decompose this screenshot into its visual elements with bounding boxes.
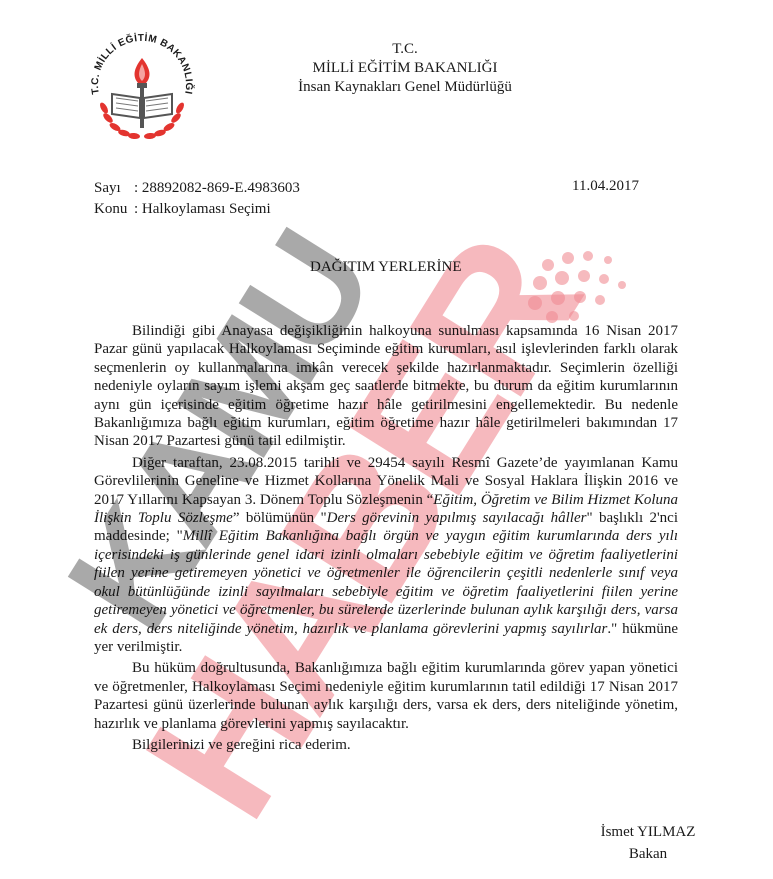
ministry-logo: T.C. MİLLİ EĞİTİM BAKANLIĞI	[82, 28, 202, 148]
signatory-title: Bakan	[588, 843, 708, 865]
paragraph-1: Bilindiği gibi Anayasa değişikliğinin ha…	[94, 322, 678, 451]
header-ministry: MİLLİ EĞİTİM BAKANLIĞI	[260, 59, 550, 78]
reference-number-label: Sayı	[94, 178, 134, 199]
ministry-emblem-icon: T.C. MİLLİ EĞİTİM BAKANLIĞI	[82, 28, 202, 148]
document-date: 11.04.2017	[572, 178, 639, 195]
document-body: Bilindiği gibi Anayasa değişikliğinin ha…	[94, 322, 678, 757]
reference-block: Sayı: 28892082-869-E.4983603 Konu: Halko…	[94, 178, 300, 220]
document-header: T.C. MİLLİ EĞİTİM BAKANLIĞI İnsan Kaynak…	[260, 40, 550, 97]
header-directorate: İnsan Kaynakları Genel Müdürlüğü	[260, 78, 550, 97]
subject-label: Konu	[94, 199, 134, 220]
header-country: T.C.	[260, 40, 550, 59]
paragraph-2-text: ” bölümünün "	[233, 510, 327, 526]
article-quote: Millî Eğitim Bakanlığına bağlı örgün ve …	[94, 528, 678, 636]
paragraph-3: Bu hüküm doğrultusunda, Bakanlığımıza ba…	[94, 659, 678, 733]
paragraph-4: Bilgilerinizi ve gereğini rica ederim.	[94, 736, 678, 754]
signature-block: İsmet YILMAZ Bakan	[588, 821, 708, 865]
watermark-globe-icon	[528, 251, 626, 323]
reference-number-value: : 28892082-869-E.4983603	[134, 180, 300, 196]
reference-number-row: Sayı: 28892082-869-E.4983603	[94, 178, 300, 199]
signatory-name: İsmet YILMAZ	[588, 821, 708, 843]
subject-row: Konu: Halkoylaması Seçimi	[94, 199, 300, 220]
article-title: Ders görevinin yapılmış sayılacağı hâlle…	[327, 510, 587, 526]
subject-value: : Halkoylaması Seçimi	[134, 201, 271, 217]
addressee: DAĞITIM YERLERİNE	[310, 259, 462, 276]
paragraph-2: Diğer taraftan, 23.08.2015 tarihli ve 29…	[94, 454, 678, 656]
